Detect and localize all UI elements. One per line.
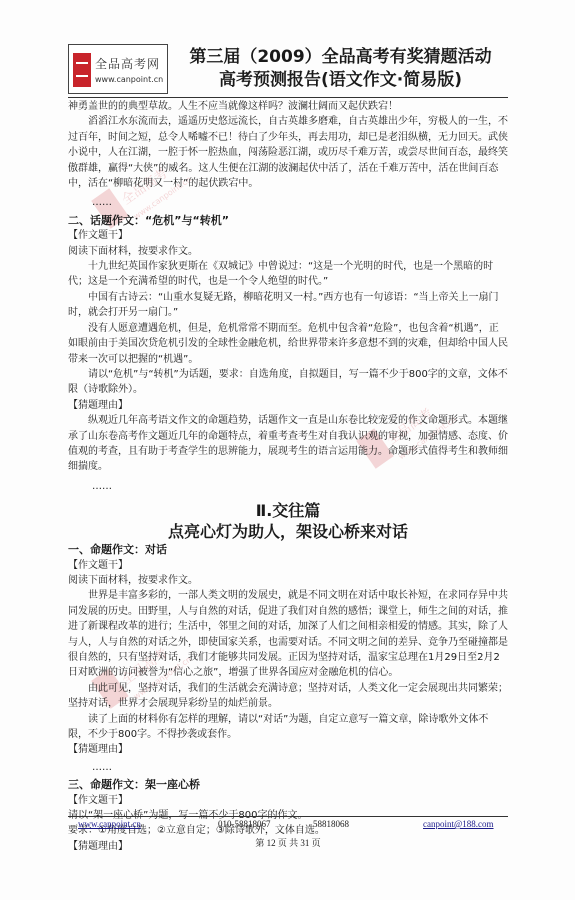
- footer-divider: [68, 816, 508, 817]
- document-body: 神勇盖世的的典型草故。人生不应当就像这样吗？波澜壮阔而又起伏跌宕！ 滔滔江水东流…: [68, 99, 508, 854]
- page-header: 全品高考网 www.canpoint.cn 第三届（2009）全品高考有奖猜题活…: [68, 44, 508, 100]
- paragraph: 神勇盖世的的典型草故。人生不应当就像这样吗？波澜壮阔而又起伏跌宕！: [68, 99, 508, 114]
- document-title: 第三届（2009）全品高考有奖猜题活动: [173, 46, 508, 69]
- prompt-label: 【作文题干】: [68, 793, 508, 808]
- part-title: Ⅱ.交往篇: [68, 500, 508, 521]
- paragraph: 没有人愿意遭遇危机，但是，危机常常不期而至。危机中包含着“危险”，也包含着“机遇…: [68, 321, 508, 367]
- section-heading: 一、命题作文：对话: [68, 542, 508, 557]
- prompt-label: 【作文题干】: [68, 228, 508, 243]
- header-divider: [68, 97, 508, 98]
- paragraph: 中国有古诗云：“山重水复疑无路，柳暗花明又一村。”西方也有一句谚语：“当上帝关上…: [68, 290, 508, 321]
- section-heading: 三、命题作文：架一座心桥: [68, 777, 508, 792]
- prompt-label: 【作文题干】: [68, 558, 508, 573]
- ellipsis: ……: [68, 479, 508, 494]
- logo-url: www.canpoint.cn: [95, 75, 163, 84]
- page-number: 第 12 页 共 31 页: [68, 836, 508, 849]
- ellipsis: ……: [68, 760, 508, 775]
- website-link[interactable]: www.canpoint.cn: [78, 819, 141, 829]
- instruction: 阅读下面材料，按要求作文。: [68, 244, 508, 259]
- paragraph: 由此可见，坚持对话，我们的生活就会充满诗意；坚持对话，人类文化一定会展现出共同繁…: [68, 681, 508, 712]
- reason-label: 【猜题理由】: [68, 742, 508, 757]
- paragraph: 滔滔江水东流而去，遥遥历史悠远流长，自古英雄多磨难，自古英雄出少年，穷极人的一生…: [68, 114, 508, 191]
- ellipsis: ……: [68, 195, 508, 210]
- logo-chinese-name: 全品高考网: [95, 55, 160, 72]
- logo-mark-icon: [73, 53, 91, 87]
- section-heading: 二、话题作文：“危机”与“转机”: [68, 213, 508, 228]
- document-page: 全品高考网 www.canpoint.cn 第三届（2009）全品高考有奖猜题活…: [0, 0, 575, 900]
- part-subtitle: 点亮心灯为助人，架设心桥来对话: [68, 521, 508, 542]
- paragraph: 十九世纪英国作家狄更斯在《双城记》中曾说过：“这是一个光明的时代，也是一个黑暗的…: [68, 259, 508, 290]
- email-link[interactable]: canpoint@188.com: [423, 819, 494, 829]
- paragraph: 请以“危机”与“转机”为话题，要求：自选角度，自拟题目，写一篇不少于800字的文…: [68, 367, 508, 398]
- instruction: 阅读下面材料，按要求作文。: [68, 573, 508, 588]
- title-block: 第三届（2009）全品高考有奖猜题活动 高考预测报告(语文作文·简易版): [173, 46, 508, 92]
- document-subtitle: 高考预测报告(语文作文·简易版): [173, 69, 508, 92]
- page-footer: www.canpoint.cn 010-58818067 58818068 ca…: [68, 819, 508, 833]
- reason-label: 【猜题理由】: [68, 398, 508, 413]
- paragraph: 纵观近几年高考语文作文的命题趋势，话题作文一直是山东卷比较宠爱的作文命题形式。本…: [68, 413, 508, 475]
- phone-number-2: 58818068: [313, 819, 349, 829]
- canpoint-logo: 全品高考网 www.canpoint.cn: [68, 44, 168, 94]
- paragraph: 读了上面的材料你有怎样的理解，请以“对话”为题，自定立意写一篇文章，除诗歌外文体…: [68, 712, 508, 743]
- phone-number: 010-58818067: [218, 819, 271, 829]
- paragraph: 世界是丰富多彩的，一部人类文明的发展史，就是不同文明在对话中取长补短，在求同存异…: [68, 588, 508, 680]
